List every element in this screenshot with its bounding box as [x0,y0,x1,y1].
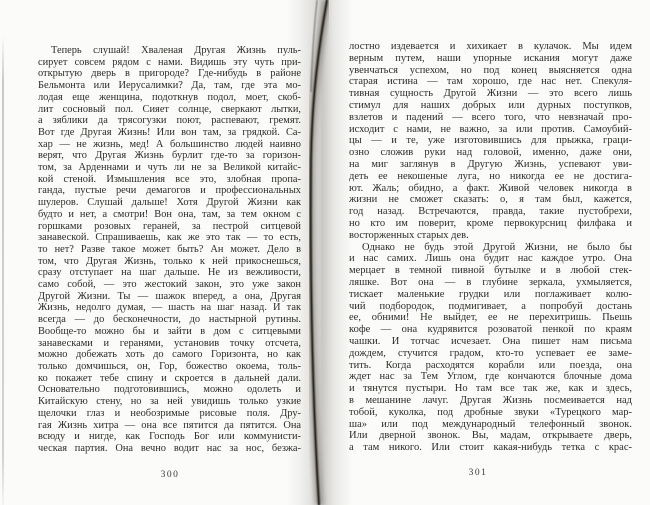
book-scan-spread: Теперь слушай! Хваленая Другая Жизнь пул… [0,0,650,505]
text-line: можно добежать хоть до самого Горизонта,… [38,349,301,361]
text-line: гая Жизнь хитра — она все пятится да пят… [38,420,301,432]
text-line: то нет? Разве такое может быть? Ан может… [38,244,301,256]
page-number-right: 301 [458,468,498,478]
text-line: жизни не сможет сказать: о, я там был, к… [349,194,632,206]
book-gutter-shadow [286,0,352,505]
text-line: лодая еще женщина, подоткнув подол, моет… [38,92,301,104]
text-line: Теперь слушай! Хваленая Другая Жизнь пул… [38,45,301,57]
text-line: тискает маленькие грудки или поглаживает… [349,289,632,301]
text-line: цы — и те, уже изготовившись для прыжка,… [349,135,632,147]
text-line: открытую дверь в пригороде? Где-нибудь в… [38,68,301,80]
text-line: само собой, — это жестокий закон, это уж… [38,279,301,291]
text-line: Или дверной звонок. Вы, мадам, открывает… [349,430,632,442]
text-line: а там никого. Или стоит какая-нибудь тет… [349,442,632,454]
text-line: исходит с нами, не важно, за или против.… [349,124,632,136]
text-line: восторженных старых дев. [349,230,632,242]
text-line: кой стеной. Измышления все это, злобная … [38,174,301,186]
text-line: верным путем, наши упорные искания могут… [349,53,632,65]
text-line: сразу отступает на шаг дальше. Не из веж… [38,267,301,279]
text-line: Другой Жизни. Ты — шажок вперед, а она, … [38,291,301,303]
text-line: и нас самих. Лишь она будит нас каждое у… [349,253,632,265]
text-line: увенчаться успехом, но под конец выясняе… [349,65,632,77]
text-line: лит сосновый пол. Сияет солнце, сверкают… [38,104,301,116]
text-line: кофе — она кудрявится розоватой пенкой п… [349,324,632,336]
text-line: ко покажет тебе спину и скроется в дальн… [38,373,301,385]
text-line: мерцает в темной пивной бутылке и в любо… [349,265,632,277]
text-line: Бельмонта или Иерусалимки? Да, там, где … [38,80,301,92]
page-right-text: лостно издевается и хихикает в кулачок. … [349,41,632,454]
text-line: чий подбородок, подмигивает, а попробуй … [349,301,632,313]
text-line: Основательно подготовившись, можно одоле… [38,384,301,396]
text-line: том, за Арденнами и чуть ли не за Велико… [38,162,301,174]
text-line: ляшке. Вот она — в глубине зеркала, ухмы… [349,277,632,289]
text-line: верят, что Другая Жизнь бурлит где-то за… [38,150,301,162]
text-line: всегда — до бесконечности, до настырной … [38,314,301,326]
text-line: тить. Когда расходятся корабли или поезд… [349,360,632,372]
text-line: ческая партия. Она вечно водит нас за но… [38,443,301,455]
text-line: а зяблики да трясогузки поют, распевают,… [38,115,301,127]
text-line: Китайскую стену, но за ней увидишь тольк… [38,396,301,408]
text-line: взлетов и падений — всего того, что невз… [349,112,632,124]
text-line: Вот где Другая Жизнь! Или вон там, за гр… [38,127,301,139]
text-line: тобой, куколка, под дробные звуки «Турец… [349,407,632,419]
text-line: стимул для наших добрых или дурных посту… [349,100,632,112]
text-line: том, что Другая Жизнь, только к ней прик… [38,256,301,268]
text-line: сирует совсем рядом с нами. Видишь эту ч… [38,57,301,69]
text-line: лостно издевается и хихикает в кулачок. … [349,41,632,53]
text-line: всюду и нигде, как Господь Бог или комму… [38,431,301,443]
page-left-text: Теперь слушай! Хваленая Другая Жизнь пул… [38,45,301,455]
text-line: только домчишься, он, Гор, божество окое… [38,361,301,373]
text-line: занавесками и геранями, установив точку … [38,338,301,350]
text-line: будто и нет, а смотри! Вон она, там, за … [38,209,301,221]
text-line: Жизнь, недолго думая, — шасть на шаг наз… [38,302,301,314]
text-line: ждет нас за Тем Углом, где кончаются бло… [349,371,632,383]
text-line: чашки. И тотчас исчезает. Она пишет нам … [349,336,632,348]
text-line: Вообще-то можно бы и зайти в дом с ситце… [38,326,301,338]
text-line: год назад. Встречаются, правда, такие пу… [349,206,632,218]
text-line: старая истина — там хорошо, где нас нет.… [349,76,632,88]
text-line: ша» или под международный телефонный зво… [349,419,632,431]
text-line: хар — не жизнь, мед! А большинство людей… [38,139,301,151]
text-line: шулеров. Слушай дальше! Хотя Другой Жизн… [38,197,301,209]
page-number-left: 300 [150,470,190,480]
text-line: и тянутся пустыри. Но там все так же, ка… [349,383,632,395]
text-line: тивная сущность Другой Жизни — это всего… [349,88,632,100]
text-line: дождем, стучится градом, кто-то успевает… [349,348,632,360]
text-line: на миг заглянув в Другую Жизнь, успевают… [349,159,632,171]
scan-page-edge [2,36,4,505]
text-line: в мешанине лачуг. Другая Жизнь посмеивае… [349,395,632,407]
text-line: ют. Жаль; обидно, а факт. Живой человек … [349,183,632,195]
text-line: занавеской. Спрашиваешь, как же это так … [38,232,301,244]
text-line: горшками розовых гераней, за пестрой сит… [38,221,301,233]
text-line: деть ее некошеные луга, но никогда ее не… [349,171,632,183]
text-line: ее, обними! Не выйдет, ее не перехитришь… [349,312,632,324]
text-line: щелочки глаз и необозримые рисовые поля.… [38,408,301,420]
text-line: ганда, пустые речи демагогов и профессио… [38,185,301,197]
text-line: Однако не будь этой Другой Жизни, не был… [349,242,632,254]
text-line: но кто им поверит, кроме первокурсниц фи… [349,218,632,230]
text-line: озно сложив руки над головой, именно, да… [349,147,632,159]
